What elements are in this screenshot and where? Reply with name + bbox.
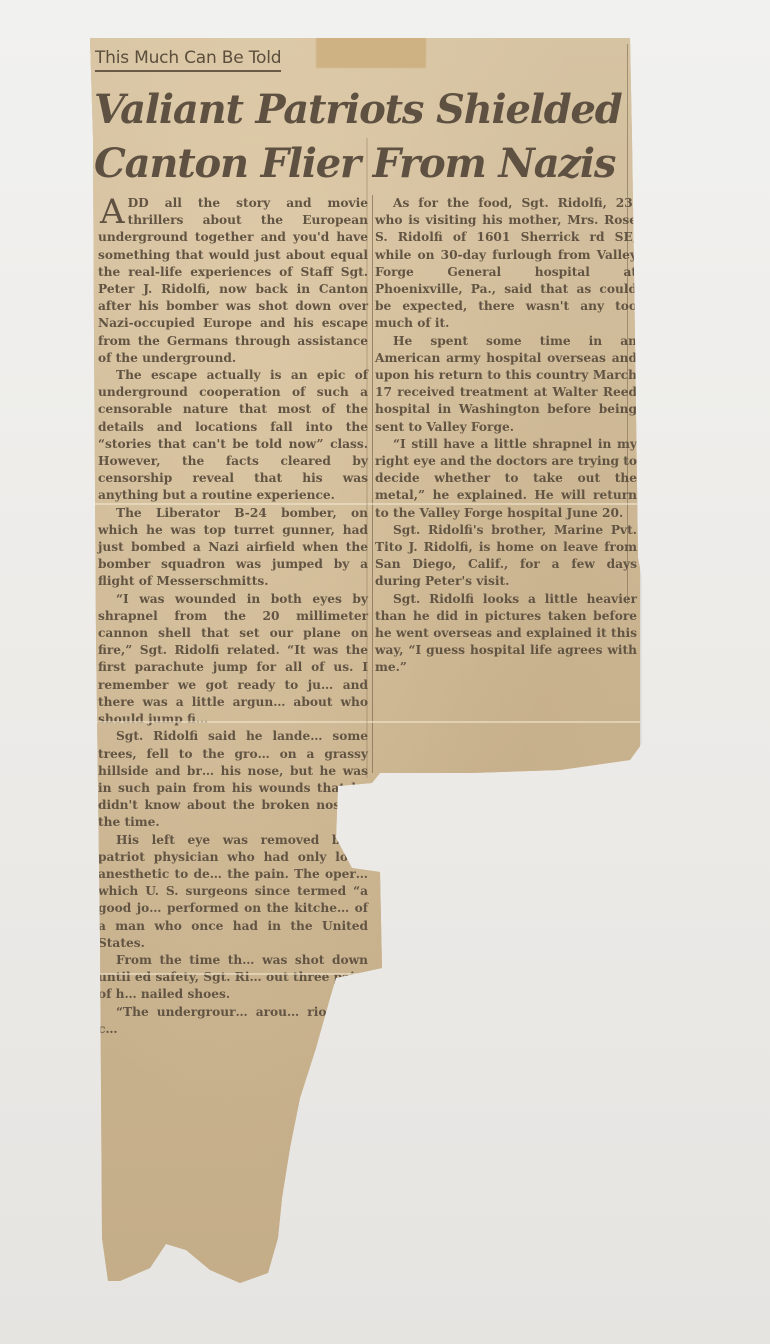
paragraph: Sgt. Ridolfi said he lande… some trees, … — [98, 728, 368, 831]
paragraph: From the time th… was shot down until ed… — [98, 952, 368, 1004]
fold-crease — [90, 721, 640, 723]
drop-cap: A — [100, 197, 125, 227]
right-column: As for the food, Sgt. Ridolfi, 23, who i… — [375, 195, 637, 677]
headline-line-2: Canton Flier From Nazis — [94, 137, 634, 191]
paragraph: He spent some time in an American army h… — [375, 333, 637, 436]
paragraph: The Liberator B-24 bomber, on which he w… — [98, 505, 368, 591]
paragraph: “I was wounded in both eyes by shrapnel … — [98, 591, 368, 729]
lead-paragraph: ADD all the story and movie thrillers ab… — [98, 195, 368, 367]
fold-crease — [366, 138, 368, 778]
headline-line-1: Valiant Patriots Shielded — [94, 83, 634, 137]
left-column: ADD all the story and movie thrillers ab… — [98, 195, 368, 1038]
paragraph: As for the food, Sgt. Ridolfi, 23, who i… — [375, 195, 637, 333]
paragraph: Sgt. Ridolfi looks a little heavier than… — [375, 591, 637, 677]
column-divider — [372, 195, 373, 773]
torn-paper: This Much Can Be Told Valiant Patriots S… — [90, 38, 640, 1288]
newspaper-clipping: This Much Can Be Told Valiant Patriots S… — [90, 38, 640, 1288]
paragraph: His left eye was removed by a patriot ph… — [98, 832, 368, 952]
tape-stain — [316, 32, 426, 68]
paragraph: “The undergrour… arou… riot,” he c… — [98, 1004, 368, 1038]
paragraph: The escape actually is an epic of underg… — [98, 367, 368, 505]
fold-crease — [90, 973, 390, 975]
paragraph: “I still have a little shrapnel in my ri… — [375, 436, 637, 522]
fold-crease — [90, 503, 640, 505]
kicker-label: This Much Can Be Told — [95, 47, 281, 72]
headline: Valiant Patriots Shielded Canton Flier F… — [94, 83, 634, 191]
paragraph: Sgt. Ridolfi's brother, Marine Pvt. Tito… — [375, 522, 637, 591]
